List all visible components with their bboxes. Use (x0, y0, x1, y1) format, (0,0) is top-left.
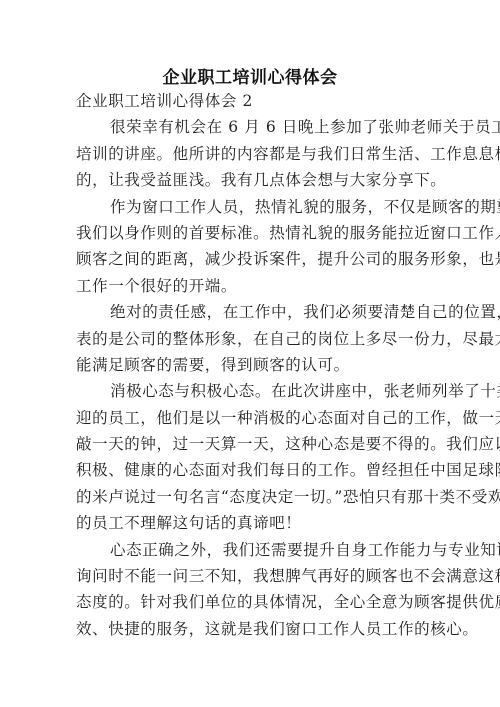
document-body: 企业职工培训心得体会 2 很荣幸有机会在 6 月 6 日晚上参加了张帅老师关于员… (76, 88, 426, 642)
document-title: 企业职工培训心得体会 (0, 63, 500, 88)
paragraph-2: 作为窗口工作人员，热情礼貌的服务，不仅是顾客的期望，也是 我们以身作则的首要标准… (76, 194, 426, 300)
paragraph-line: 能满足顾客的需要，得到顾客的认可。 (76, 352, 426, 378)
paragraph-line: 表的是公司的整体形象，在自己的岗位上多尽一份力，尽最大的可 (76, 326, 426, 352)
paragraph-line: 消极心态与积极心态。在此次讲座中，张老师列举了十类不受欢 (76, 378, 426, 404)
paragraph-line: 心态正确之外，我们还需要提升自身工作能力与专业知识。顾客 (76, 537, 426, 563)
paragraph-line: 的，让我受益匪浅。我有几点体会想与大家分享下。 (76, 167, 426, 193)
paragraph-line: 迎的员工，他们是以一种消极的心态面对自己的工作，做一天和尚 (76, 405, 426, 431)
paragraph-line: 我们以身作则的首要标准。热情礼貌的服务能拉近窗口工作人员与 (76, 220, 426, 246)
document-page: 企业职工培训心得体会 企业职工培训心得体会 2 很荣幸有机会在 6 月 6 日晚… (0, 0, 500, 707)
paragraph-3: 绝对的责任感，在工作中，我们必须要清楚自己的位置，我们代 表的是公司的整体形象，… (76, 299, 426, 378)
paragraph-5: 心态正确之外，我们还需要提升自身工作能力与专业知识。顾客 询问时不能一问三不知，… (76, 537, 426, 643)
paragraph-4: 消极心态与积极心态。在此次讲座中，张老师列举了十类不受欢 迎的员工，他们是以一种… (76, 378, 426, 536)
paragraph-1: 很荣幸有机会在 6 月 6 日晚上参加了张帅老师关于员工服务意识 培训的讲座。他… (76, 114, 426, 193)
paragraph-line: 积极、健康的心态面对我们每日的工作。曾经担任中国足球队教练 (76, 457, 426, 483)
paragraph-line: 敲一天的钟，过一天算一天，这种心态是要不得的。我们应以一种 (76, 431, 426, 457)
document-subtitle: 企业职工培训心得体会 2 (76, 88, 426, 114)
paragraph-line: 工作一个很好的开端。 (76, 273, 426, 299)
paragraph-line: 很荣幸有机会在 6 月 6 日晚上参加了张帅老师关于员工服务意识 (76, 114, 426, 140)
paragraph-line: 态度的。针对我们单位的具体情况，全心全意为顾客提供优质、高 (76, 589, 426, 615)
paragraph-line: 的员工不理解这句话的真谛吧！ (76, 510, 426, 536)
paragraph-line: 效、快捷的服务，这就是我们窗口工作人员工作的核心。 (76, 616, 426, 642)
paragraph-line: 询问时不能一问三不知，我想脾气再好的顾客也不会满意这种服务 (76, 563, 426, 589)
paragraph-line: 的米卢说过一句名言“态度决定一切。”恐怕只有那十类不受欢迎 (76, 484, 426, 510)
paragraph-line: 培训的讲座。他所讲的内容都是与我们日常生活、工作息息相关 (76, 141, 426, 167)
paragraph-line: 绝对的责任感，在工作中，我们必须要清楚自己的位置，我们代 (76, 299, 426, 325)
paragraph-line: 作为窗口工作人员，热情礼貌的服务，不仅是顾客的期望，也是 (76, 194, 426, 220)
paragraph-line: 顾客之间的距离，减少投诉案件，提升公司的服务形象，也是窗口 (76, 246, 426, 272)
